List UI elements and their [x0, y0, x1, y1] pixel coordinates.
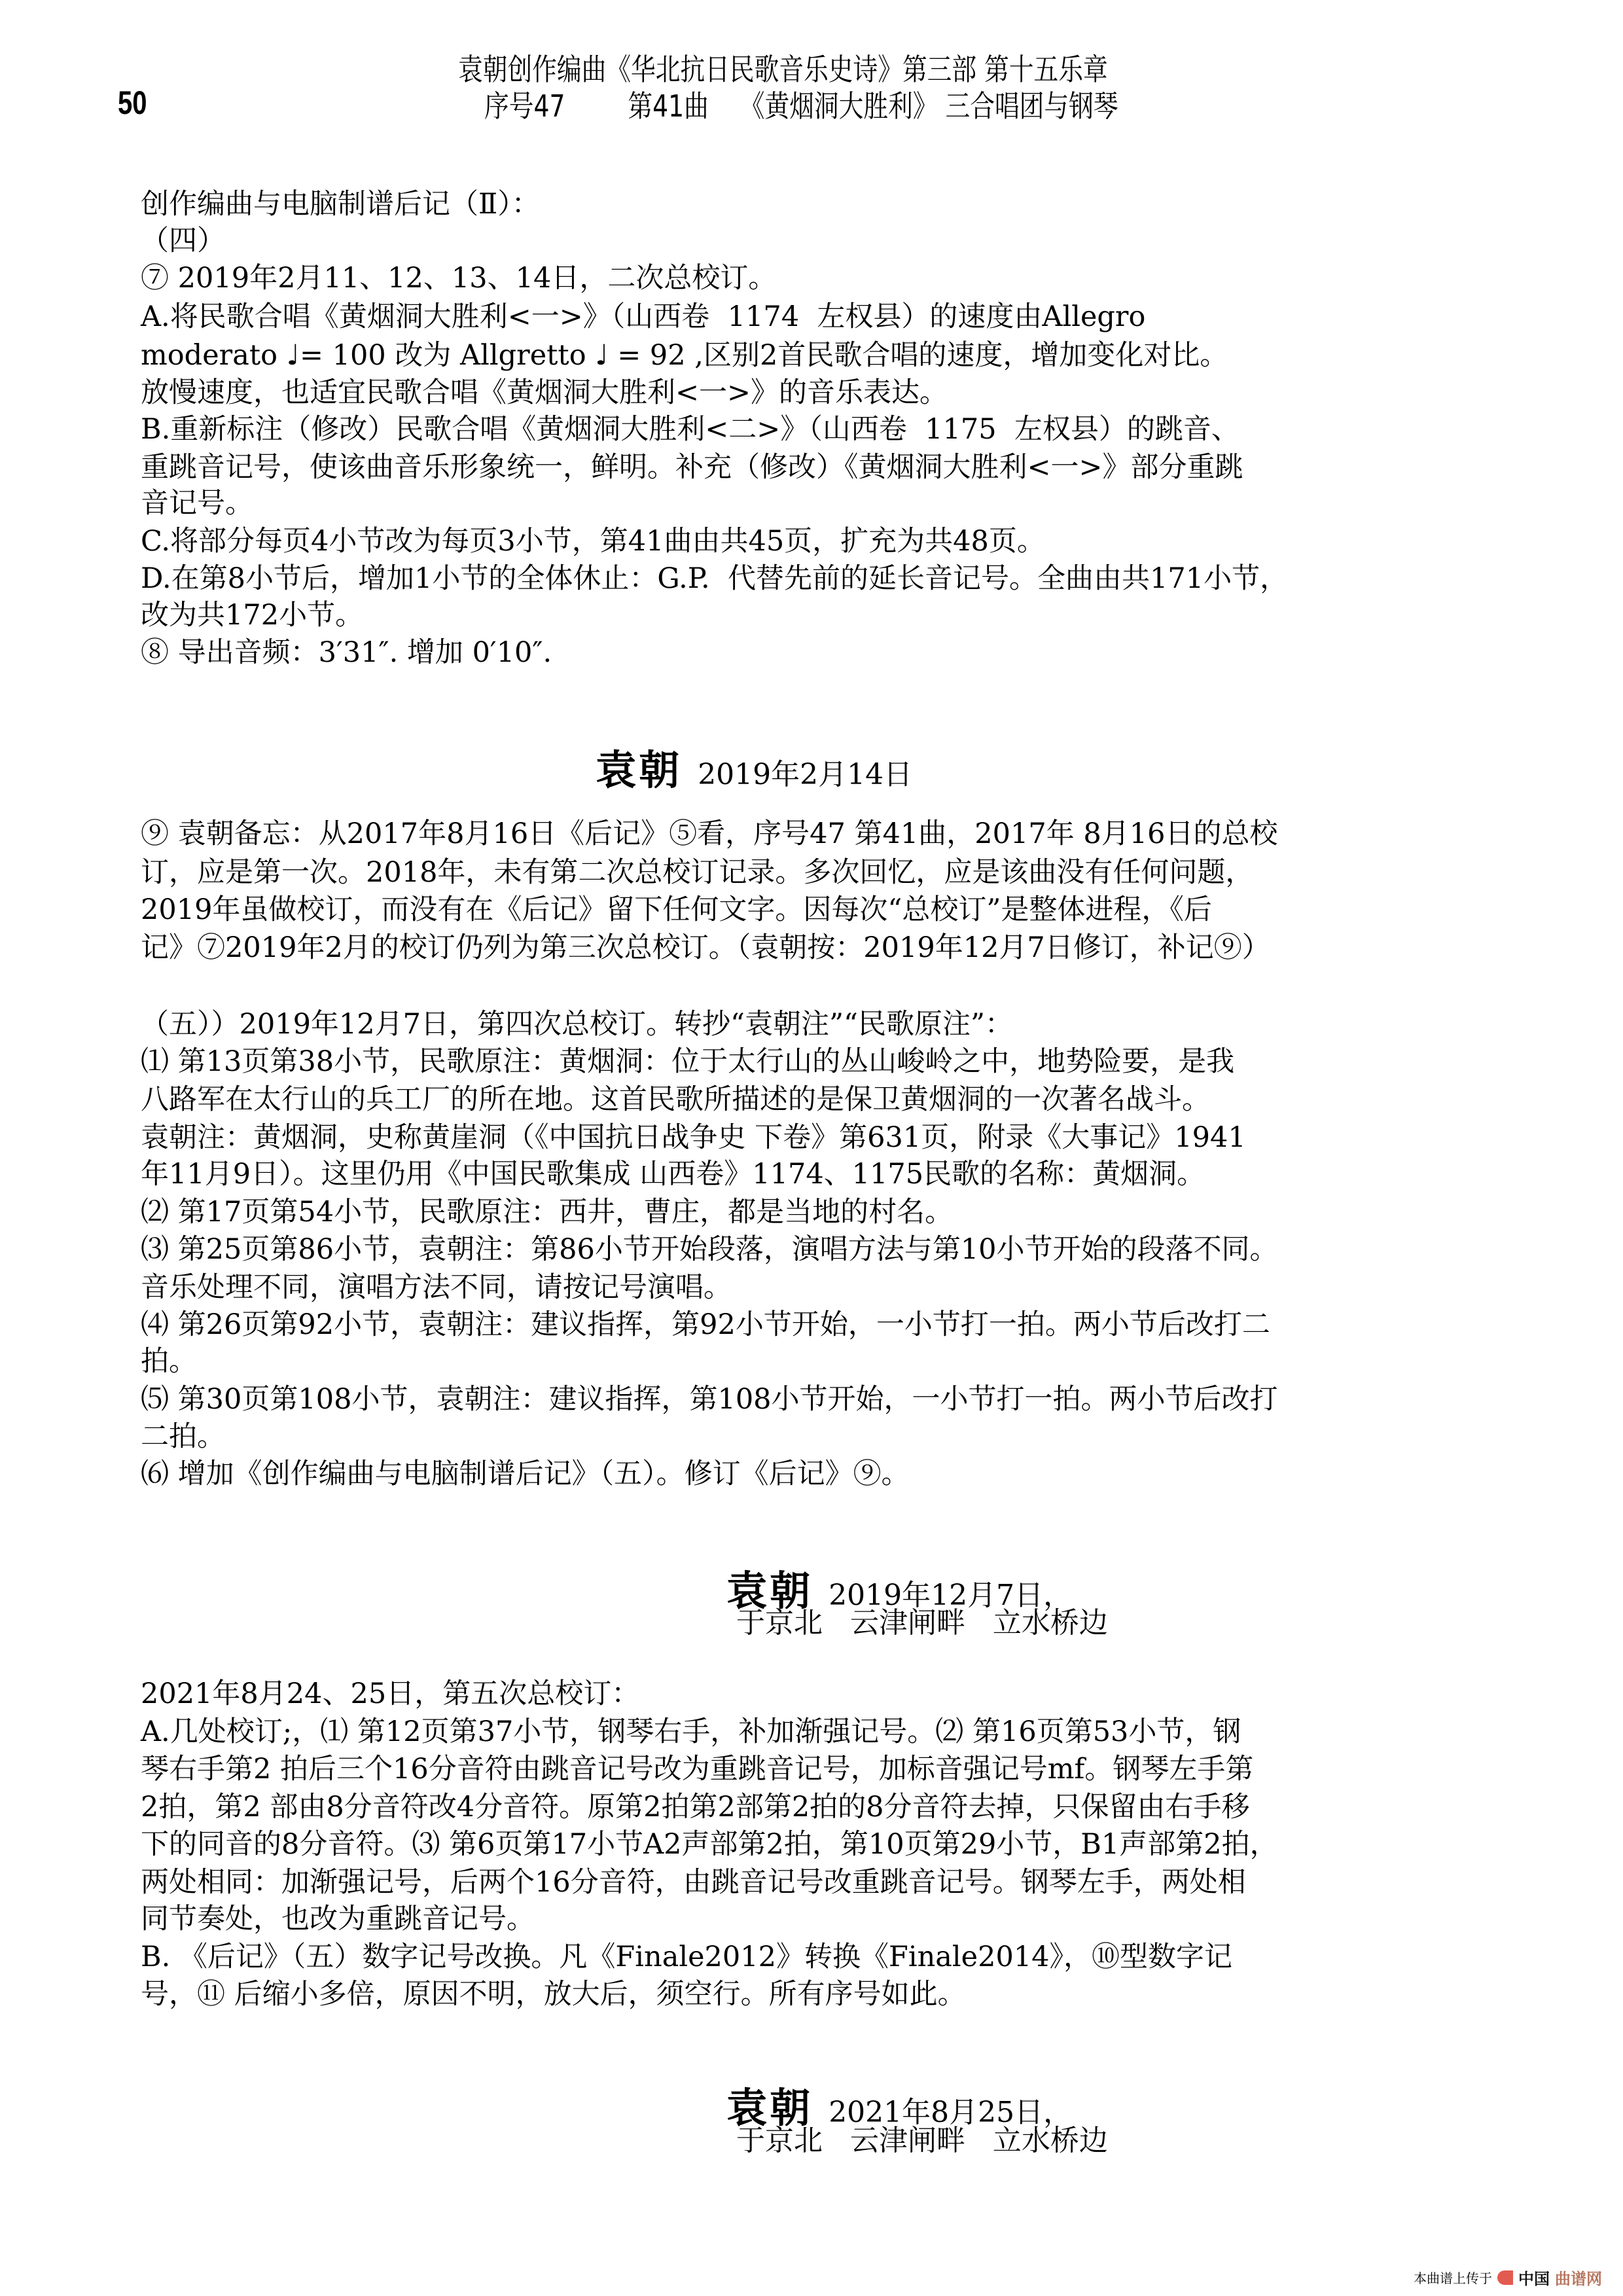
paragraph-line: ⑵ 第17页第54小节，民歌原注：西井，曹庄，都是当地的村名。 [141, 1194, 953, 1230]
signature-place: 于京北 云津闸畔 立水桥边 [736, 2117, 1108, 2159]
paragraph-line: 年11月9日）。这里仍用《中国民歌集成 山西卷》1174、1175民歌的名称：黄… [141, 1156, 1205, 1193]
paragraph-line: ⑶ 第25页第86小节，袁朝注：第86小节开始段落，演唱方法与第10小节开始的段… [141, 1231, 1278, 1268]
paragraph-line: ⑷ 第26页第92小节，袁朝注：建议指挥，第92小节开始，一小节打一拍。两小节后… [141, 1306, 1270, 1343]
paragraph-line: 订，应是第一次。2018年，未有第二次总校订记录。多次回忆，应是该曲没有任何问题… [141, 854, 1253, 891]
paragraph-line: 袁朝注：黄烟洞，史称黄崖洞（《中国抗日战争史 下卷》第631页，附录《大事记》1… [141, 1119, 1246, 1156]
paragraph-line: moderato ♩= 100 改为 Allgretto ♩ = 92 ,区别2… [141, 337, 1228, 374]
paragraph-line: 两处相同：加渐强记号，后两个16分音符，由跳音记号改重跳音记号。钢琴左手，两处相 [141, 1864, 1246, 1901]
paragraph-line: 2拍，第2 部由8分音符改4分音符。原第2拍第2部第2拍的8分音符去掉，只保留由… [141, 1789, 1250, 1825]
paragraph-line: 放慢速度，也适宜民歌合唱《黄烟洞大胜利<一>》的音乐表达。 [141, 374, 948, 411]
paragraph-line: 号，⑪ 后缩小多倍，原因不明，放大后，须空行。所有序号如此。 [141, 1976, 966, 2013]
paragraph-line: ⑦ 2019年2月11、12、13、14日，二次总校订。 [141, 260, 776, 296]
upload-text: 本曲谱上传于 [1414, 2268, 1492, 2287]
header-subtitle-line: 序号47 第41曲 《黄烟洞大胜利》 三合唱团与钢琴 [484, 88, 1118, 124]
paragraph-line: 记》⑦2019年2月的校订仍列为第三次总校订。（袁朝按：2019年12月7日修订… [141, 929, 1270, 966]
paragraph-line: ⑸ 第30页第108小节，袁朝注：建议指挥，第108小节开始，一小节打一拍。两小… [141, 1381, 1278, 1418]
paragraph-line: 2021年8月24、25日，第五次总校订： [141, 1676, 639, 1712]
page-number: 50 [118, 84, 147, 122]
signature-date: 2019年2月14日 [698, 758, 912, 791]
paragraph-line: 拍。 [141, 1343, 197, 1380]
site-logo-icon [1497, 2270, 1513, 2285]
paragraph-line: 重跳音记号，使该曲音乐形象统一，鲜明。补充（修改）《黄烟洞大胜利<一>》部分重跳 [141, 449, 1243, 486]
site-name-part2: 曲谱网 [1555, 2266, 1602, 2289]
paragraph-line: B.重新标注（修改）民歌合唱《黄烟洞大胜利<二>》（山西卷 1175 左权县）的… [141, 411, 1240, 448]
footer-watermark: 本曲谱上传于 中国曲谱网 [1414, 2266, 1602, 2289]
signature-name: 袁朝 [596, 746, 682, 794]
paragraph-line: 同节奏处，也改为重跳音记号。 [141, 1901, 535, 1937]
signature-block: 袁朝2019年2月14日 [589, 725, 912, 796]
paragraph-line: 二拍。 [141, 1418, 225, 1455]
site-name-part1: 中国 [1518, 2266, 1550, 2289]
paragraph-line: ⑨ 袁朝备忘：从2017年8月16日《后记》⑤看，序号47 第41曲，2017年… [141, 816, 1277, 852]
paragraph-line: ⑴ 第13页第38小节，民歌原注：黄烟洞：位于太行山的丛山峻岭之中，地势险要，是… [141, 1043, 1234, 1080]
paragraph-line: D.在第8小节后，增加1小节的全体休止：G.P. 代替先前的延长音记号。全曲由共… [141, 560, 1288, 597]
paragraph-line: 音乐处理不同，演唱方法不同，请按记号演唱。 [141, 1269, 732, 1306]
signature-place: 于京北 云津闸畔 立水桥边 [736, 1599, 1108, 1641]
paragraph-line: 琴右手第2 拍后三个16分音符由跳音记号改为重跳音记号，加标音强记号mf。钢琴左… [141, 1751, 1253, 1787]
section-title: 创作编曲与电脑制谱后记（Ⅱ）： [141, 186, 540, 223]
header-title-line: 袁朝创作编曲《华北抗日民歌音乐史诗》第三部 第十五乐章 [458, 51, 1108, 88]
paragraph-line: A.几处校订;，⑴ 第12页第37小节，钢琴右手，补加渐强记号。⑵ 第16页第5… [141, 1713, 1241, 1750]
paragraph-line: ⑹ 增加《创作编曲与电脑制谱后记》（五）。修订《后记》⑨。 [141, 1456, 910, 1492]
paragraph-line: B. 《后记》（五）数字记号改换。凡《Finale2012》转换《Finale2… [141, 1939, 1232, 1975]
paragraph-line: （五））2019年12月7日，第四次总校订。转抄“袁朝注”“民歌原注”： [141, 1006, 1013, 1043]
paragraph-line: C.将部分每页4小节改为每页3小节，第41曲由共45页，扩充为共48页。 [141, 523, 1045, 560]
paragraph-line: 2019年虽做校订，而没有在《后记》留下任何文字。因每次“总校订”是整体进程，《… [141, 891, 1212, 928]
paragraph-line: ⑧ 导出音频：3′31″. 增加 0′10″. [141, 634, 552, 671]
paragraph-line: 八路军在太行山的兵工厂的所在地。这首民歌所描述的是保卫黄烟洞的一次著名战斗。 [141, 1081, 1210, 1118]
paragraph-line: 下的同音的8分音符。⑶ 第6页第17小节A2声部第2拍，第10页第29小节，B1… [141, 1826, 1278, 1863]
paragraph-line: 改为共172小节。 [141, 597, 363, 634]
paragraph-line: A.将民歌合唱《黄烟洞大胜利<一>》（山西卷 1174 左权县）的速度由Alle… [141, 298, 1145, 335]
part-heading-4: （四） [141, 223, 225, 259]
paragraph-line: 音记号。 [141, 485, 253, 522]
